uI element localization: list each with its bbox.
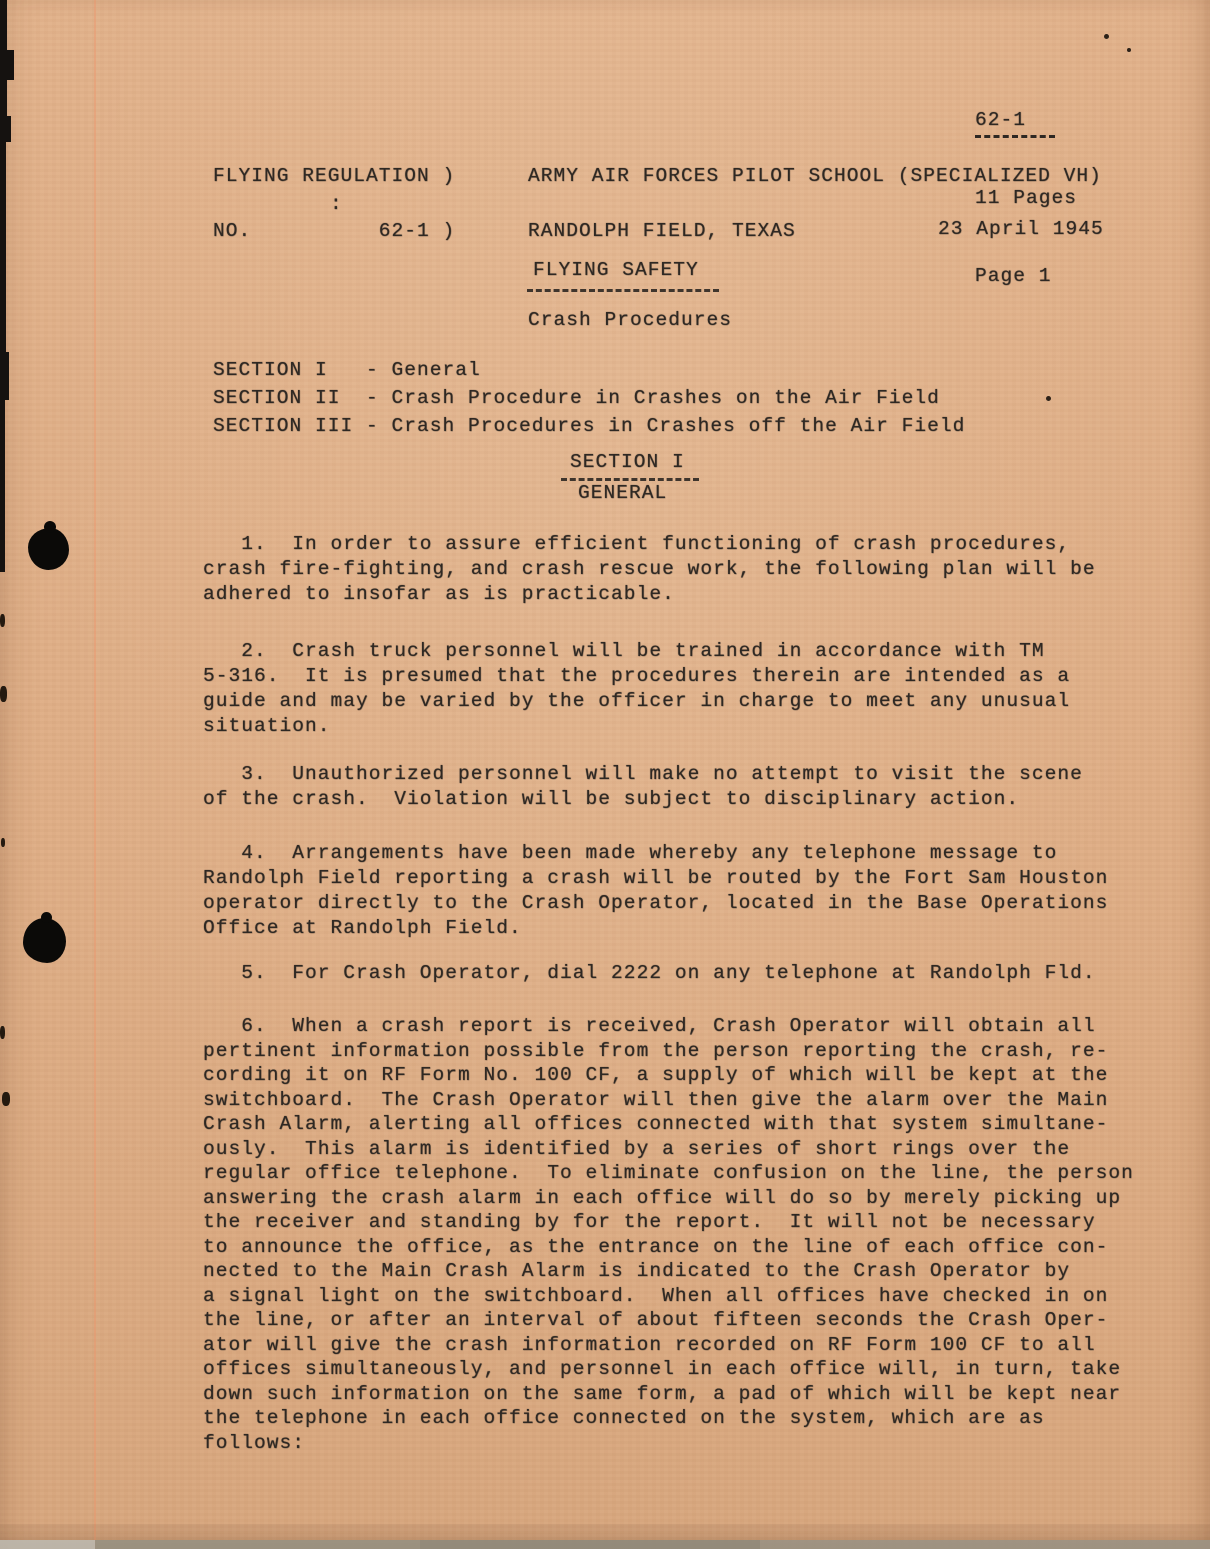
paragraph-4: 4. Arrangements have been made whereby a…	[203, 841, 1108, 941]
doc-page-number: Page 1	[975, 262, 1077, 290]
paragraph-5: 5. For Crash Operator, dial 2222 on any …	[203, 961, 1096, 986]
scan-edge-mark	[0, 1026, 5, 1039]
doc-ref-block: 62-1 11 Pages Page 1	[975, 56, 1077, 340]
doc-title: FLYING SAFETY	[533, 258, 699, 283]
section-list: SECTION I - GeneralSECTION II - Crash Pr…	[213, 356, 965, 440]
scan-edge-mark	[0, 614, 5, 627]
section-1-heading: SECTION I	[570, 450, 685, 475]
ink-speck	[1104, 34, 1109, 39]
scan-left-edge	[0, 400, 5, 572]
paragraph-3: 3. Unauthorized personnel will make no a…	[203, 762, 1083, 812]
ink-speck	[1127, 48, 1131, 52]
ink-speck	[1046, 396, 1051, 401]
doc-number: 62-1	[975, 106, 1077, 134]
hole-punch-bottom	[23, 918, 66, 963]
paragraph-6: 6. When a crash report is received, Cras…	[203, 1014, 1134, 1455]
doc-date: 23 April 1945	[938, 217, 1104, 242]
paper-crease-line	[94, 0, 96, 1549]
scan-bottom-shade	[0, 1524, 1210, 1540]
section-1-subheading: GENERAL	[578, 481, 667, 506]
paragraph-1: 1. In order to assure efficient function…	[203, 532, 1096, 607]
regulation-label: FLYING REGULATION )	[213, 164, 455, 189]
scan-edge-mark	[0, 686, 7, 702]
scan-left-edge	[0, 50, 14, 80]
scan-edge-mark	[2, 1092, 10, 1106]
scan-edge-mark	[1, 838, 5, 847]
hole-punch-top	[28, 528, 69, 570]
title-underline	[527, 289, 719, 292]
issuing-organization: ARMY AIR FORCES PILOT SCHOOL (SPECIALIZE…	[528, 164, 1102, 189]
scan-left-edge	[0, 352, 9, 400]
scanned-document-page: 62-1 11 Pages Page 1 FLYING REGULATION )…	[0, 0, 1210, 1549]
issuing-location: RANDOLPH FIELD, TEXAS	[528, 219, 796, 244]
scan-bottom-edge	[0, 1540, 1210, 1549]
paragraph-2: 2. Crash truck personnel will be trained…	[203, 639, 1070, 739]
regulation-number: NO. 62-1 )	[213, 219, 455, 244]
header-separator-colon: :	[330, 192, 343, 217]
doc-subtitle: Crash Procedures	[528, 308, 732, 333]
scan-left-edge	[0, 125, 6, 360]
